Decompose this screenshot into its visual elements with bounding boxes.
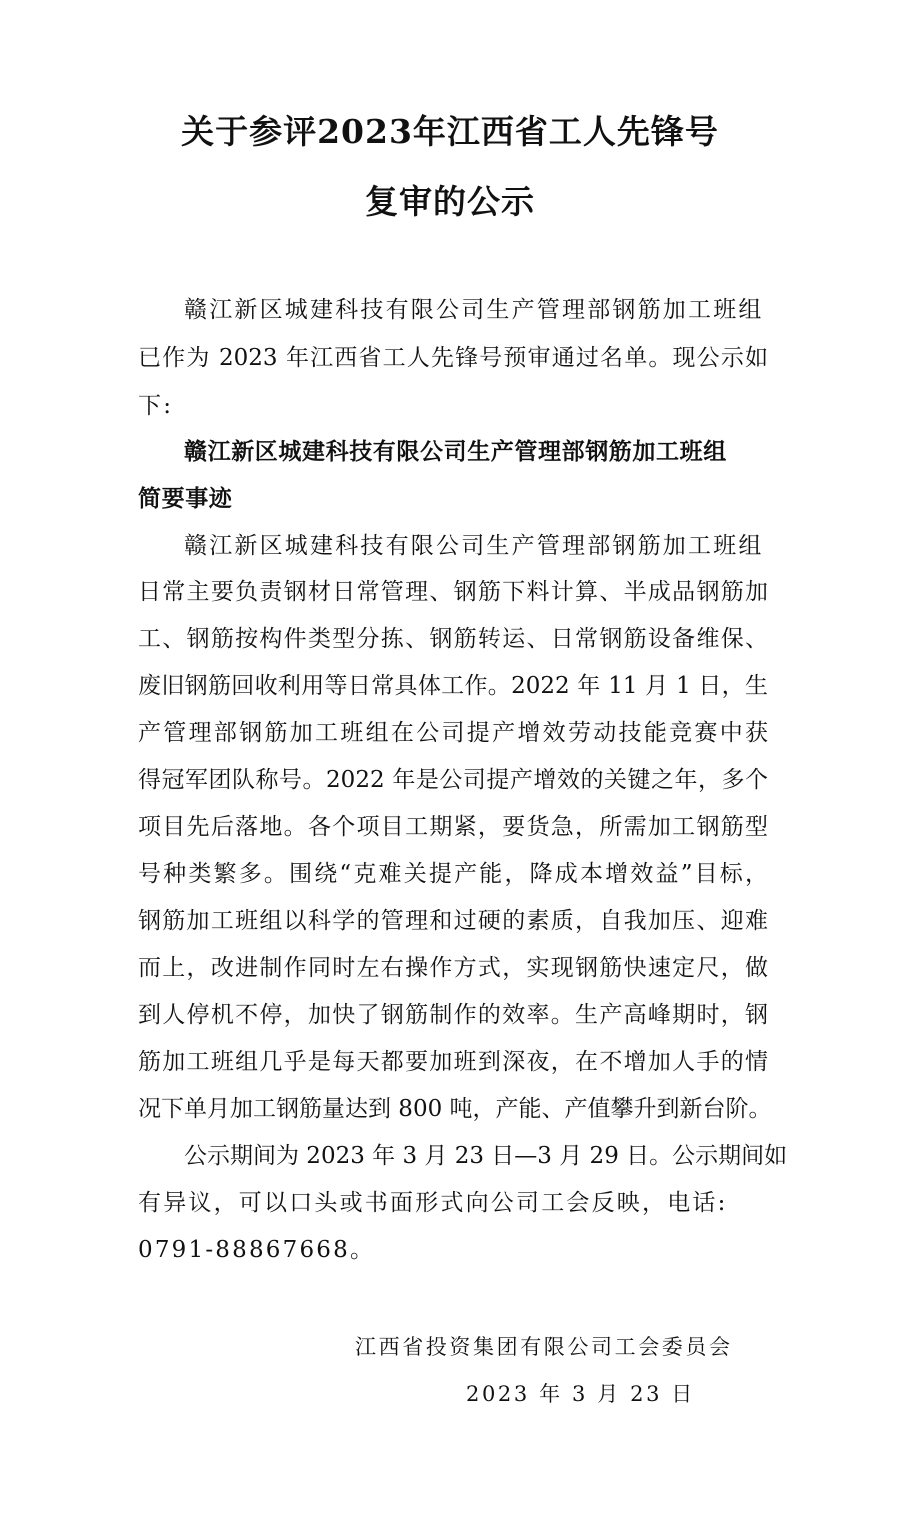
notice-line: 有异议，可以口头或书面形式向公司工会反映，电话: [138, 1188, 768, 1218]
signature-date: 2023 年 3 月 23 日 [466, 1380, 695, 1408]
section-heading-line: 赣江新区城建科技有限公司生产管理部钢筋加工班组 [184, 437, 814, 467]
body-line: 日常主要负责钢材日常管理、钢筋下料计算、半成品钢筋加 [138, 577, 768, 607]
body-line: 赣江新区城建科技有限公司生产管理部钢筋加工班组 [184, 531, 814, 561]
document-title-line-1: 关于参评2023年江西省工人先锋号 [0, 112, 900, 152]
body-line: 号种类繁多。围绕“克难关提产能，降成本增效益”目标， [138, 859, 768, 889]
signature-organization: 江西省投资集团有限公司工会委员会 [355, 1333, 733, 1361]
body-line: 而上，改进制作同时左右操作方式，实现钢筋快速定尺，做 [138, 953, 768, 983]
body-line: 工、钢筋按构件类型分拣、钢筋转运、日常钢筋设备维保、 [138, 624, 768, 654]
intro-line: 下: [138, 391, 768, 421]
notice-line: 公示期间为 2023 年 3 月 23 日—3 月 29 日。公示期间如 [184, 1141, 768, 1171]
intro-line: 赣江新区城建科技有限公司生产管理部钢筋加工班组 [184, 295, 814, 325]
body-line: 到人停机不停，加快了钢筋制作的效率。生产高峰期时，钢 [138, 1000, 768, 1030]
intro-line: 已作为 2023 年江西省工人先锋号预审通过名单。现公示如 [138, 343, 768, 373]
body-line: 产管理部钢筋加工班组在公司提产增效劳动技能竞赛中获 [138, 718, 768, 748]
document-title-line-2: 复审的公示 [0, 182, 900, 222]
body-line: 项目先后落地。各个项目工期紧，要货急，所需加工钢筋型 [138, 812, 768, 842]
section-heading-line: 简要事迹 [138, 484, 768, 514]
body-line: 况下单月加工钢筋量达到 800 吨，产能、产值攀升到新台阶。 [138, 1094, 768, 1124]
notice-document: 关于参评2023年江西省工人先锋号 复审的公示 赣江新区城建科技有限公司生产管理… [0, 0, 900, 1519]
body-line: 筋加工班组几乎是每天都要加班到深夜，在不增加人手的情 [138, 1047, 768, 1077]
body-line: 钢筋加工班组以科学的管理和过硬的素质，自我加压、迎难 [138, 906, 768, 936]
body-line: 得冠军团队称号。2022 年是公司提产增效的关键之年，多个 [138, 765, 768, 795]
body-line: 废旧钢筋回收利用等日常具体工作。2022 年 11 月 1 日，生 [138, 671, 768, 701]
phone-number: 0791-88867668。 [138, 1235, 768, 1265]
